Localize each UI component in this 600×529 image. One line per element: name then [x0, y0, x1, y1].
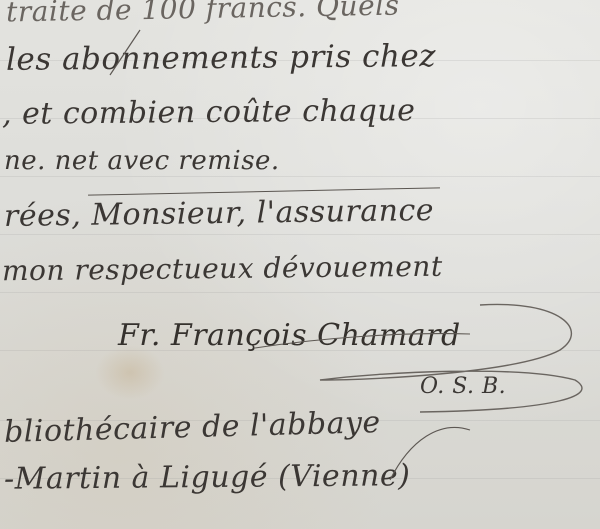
- handwritten-line-6: mon respectueux dévouement: [2, 250, 443, 288]
- signature-name: Fr. François Chamard: [118, 318, 461, 353]
- signature-order: O. S. B.: [420, 374, 506, 399]
- handwritten-line-1: traite de 100 francs. Quels: [6, 0, 400, 28]
- handwritten-line-3: , et combien coûte chaque: [2, 93, 416, 132]
- handwritten-line-4: ne. net avec remise.: [4, 146, 280, 176]
- ruled-line: [0, 176, 600, 177]
- address-place-line: -Martin à Ligugé (Vienne): [4, 458, 411, 497]
- handwritten-line-2: les abonnements pris chez: [6, 38, 436, 78]
- ruled-line: [0, 234, 600, 235]
- address-title-line: bliothécaire de l'abbaye: [4, 405, 382, 450]
- letter-page: traite de 100 francs. Quels les abonneme…: [0, 0, 600, 529]
- ruled-line: [0, 292, 600, 293]
- paper-stain: [95, 345, 165, 400]
- handwritten-line-5: rées, Monsieur, l'assurance: [4, 193, 434, 234]
